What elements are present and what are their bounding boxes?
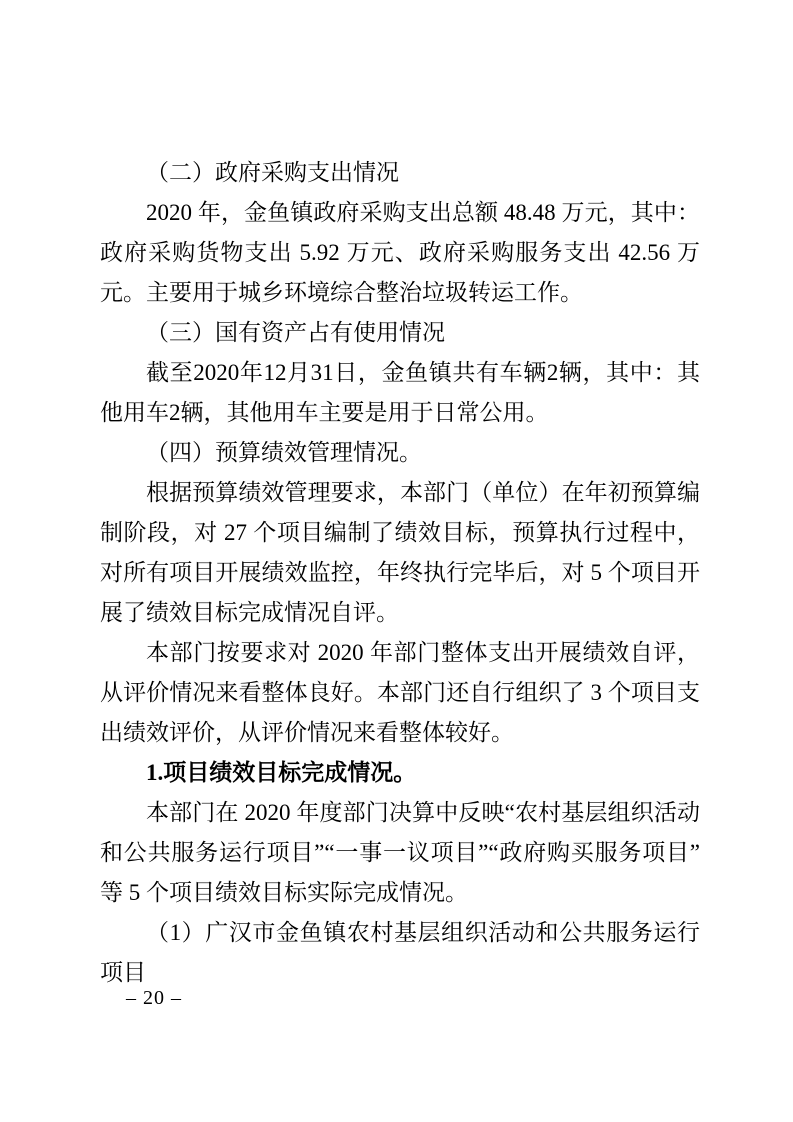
document-body: （二）政府采购支出情况 2020 年，金鱼镇政府采购支出总额 48.48 万元，… <box>100 153 700 993</box>
paragraph: 根据预算绩效管理要求，本部门（单位）在年初预算编制阶段，对 27 个项目编制了绩… <box>100 473 700 633</box>
paragraph: 2020 年，金鱼镇政府采购支出总额 48.48 万元，其中：政府采购货物支出 … <box>100 193 700 313</box>
section-heading: （三）国有资产占有使用情况 <box>100 313 700 353</box>
paragraph: 本部门按要求对 2020 年部门整体支出开展绩效自评，从评价情况来看整体良好。本… <box>100 633 700 753</box>
document-page: （二）政府采购支出情况 2020 年，金鱼镇政府采购支出总额 48.48 万元，… <box>0 0 793 1122</box>
paragraph: 本部门在 2020 年度部门决算中反映“农村基层组织活动和公共服务运行项目”“一… <box>100 793 700 913</box>
section-heading: （四）预算绩效管理情况。 <box>100 433 700 473</box>
page-number: – 20 – <box>126 984 182 1012</box>
paragraph: 截至2020年12月31日，金鱼镇共有车辆2辆，其中：其他用车2辆，其他用车主要… <box>100 353 700 433</box>
section-heading: （二）政府采购支出情况 <box>100 153 700 193</box>
numbered-bold-heading: 1.项目绩效目标完成情况。 <box>100 753 700 793</box>
paragraph: （1）广汉市金鱼镇农村基层组织活动和公共服务运行项目 <box>100 913 700 993</box>
